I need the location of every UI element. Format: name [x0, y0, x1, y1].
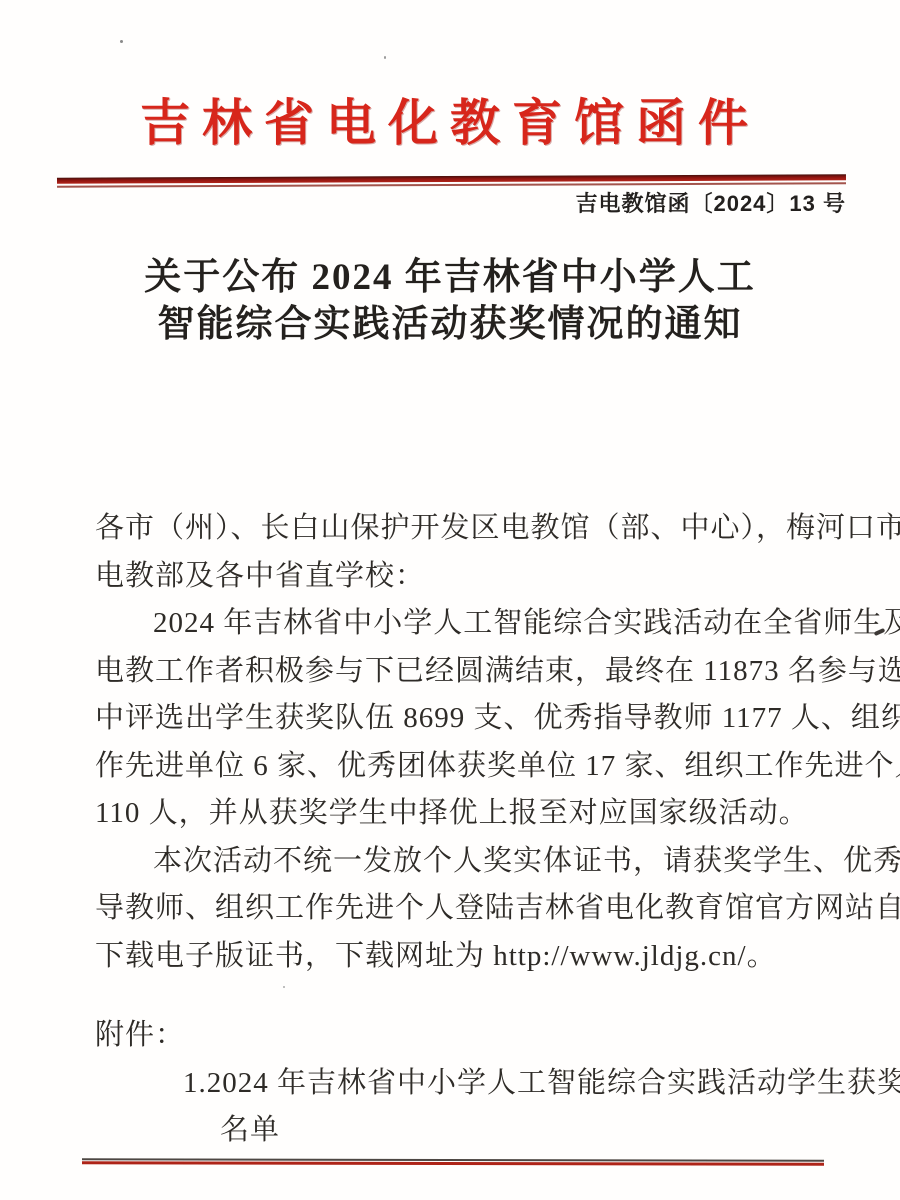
letterhead-rule [57, 174, 846, 187]
scan-speck [120, 40, 123, 43]
body-line: 110 人，并从获奖学生中择优上报至对应国家级活动。 [95, 790, 811, 838]
attachment-label: 附件： [95, 1012, 811, 1060]
body-line: 2024 年吉林省中小学人工智能综合实践活动在全省师生及 [95, 600, 811, 648]
notice-title-line2: 智能综合实践活动获奖情况的通知 [0, 301, 900, 348]
body-line: 本次活动不统一发放个人奖实体证书，请获奖学生、优秀指 [95, 838, 811, 886]
scan-speck [283, 986, 285, 988]
attachment-section: 附件： 1.2024 年吉林省中小学人工智能综合实践活动学生获奖 名单 [95, 1012, 811, 1155]
attachment-item-1: 1.2024 年吉林省中小学人工智能综合实践活动学生获奖 [183, 1060, 811, 1108]
letterhead-title: 吉林省电化教育馆函件 [0, 92, 900, 154]
salutation-line-1: 各市（州）、长白山保护开发区电教馆（部、中心），梅河口市 [95, 505, 811, 553]
document-page: 吉林省电化教育馆函件 吉电教馆函〔2024〕13 号 关于公布 2024 年吉林… [0, 0, 900, 1200]
footer-rule [82, 1158, 824, 1166]
scan-speck [384, 56, 386, 59]
doc-number: 吉电教馆函〔2024〕13 号 [575, 189, 846, 219]
body-line: 下载电子版证书，下载网址为 http://www.jldjg.cn/。 [95, 933, 811, 981]
notice-title: 关于公布 2024 年吉林省中小学人工 智能综合实践活动获奖情况的通知 [0, 254, 900, 348]
body-line: 作先进单位 6 家、优秀团体获奖单位 17 家、组织工作先进个人 [95, 743, 811, 791]
body-line: 导教师、组织工作先进个人登陆吉林省电化教育馆官方网站自行 [95, 885, 811, 933]
body-line: 电教工作者积极参与下已经圆满结束，最终在 11873 名参与选手 [95, 648, 811, 696]
footer-rule-red [82, 1161, 824, 1166]
notice-title-line1: 关于公布 2024 年吉林省中小学人工 [0, 254, 900, 301]
body-line: 中评选出学生获奖队伍 8699 支、优秀指导教师 1177 人、组织工 [95, 695, 811, 743]
salutation-line-2: 电教部及各中省直学校： [95, 553, 811, 601]
notice-body: 各市（州）、长白山保护开发区电教馆（部、中心），梅河口市 电教部及各中省直学校：… [95, 505, 811, 980]
attachment-item-1-continuation: 名单 [220, 1107, 811, 1155]
